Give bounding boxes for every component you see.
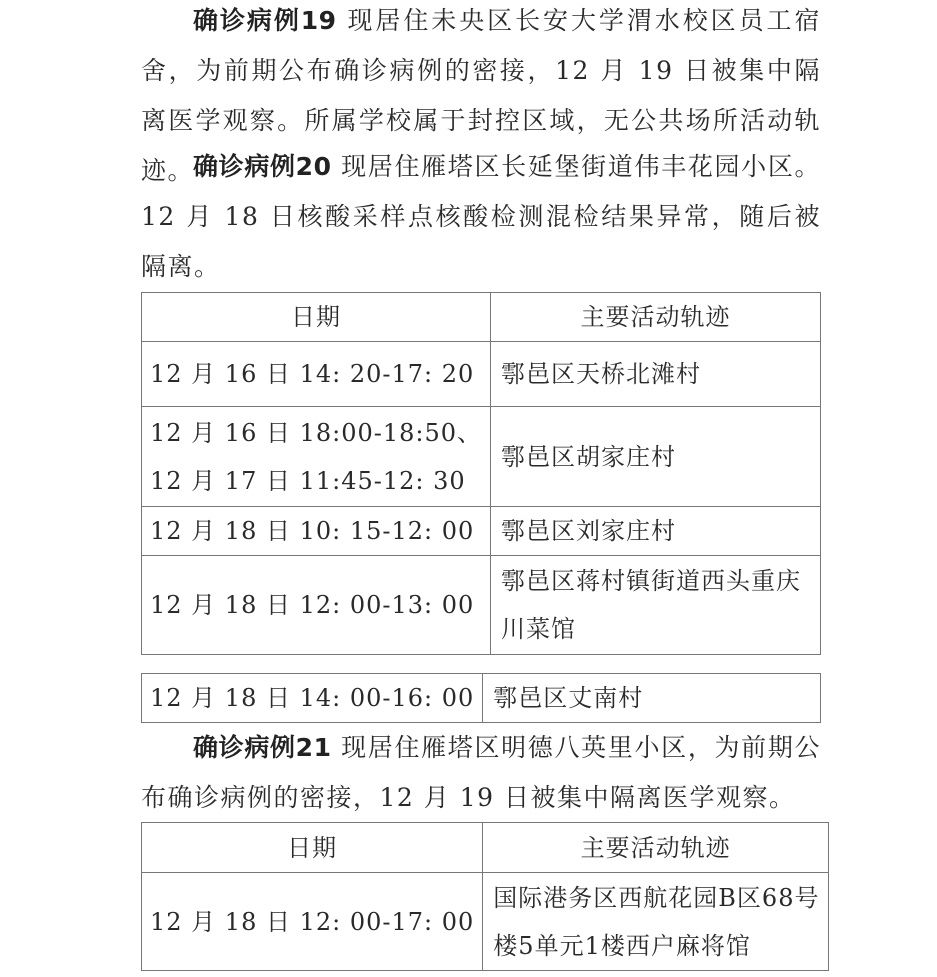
case-20-lead: 确诊病例20 — [193, 152, 331, 181]
row-place: 鄠邑区蒋村镇街道西头重庆川菜馆 — [491, 556, 821, 655]
table-row: 12 月 16 日 18:00-18:50、 12 月 17 日 11:45-1… — [142, 407, 821, 507]
row-date: 12 月 16 日 18:00-18:50、 12 月 17 日 11:45-1… — [142, 407, 491, 507]
row-date-line-1: 12 月 16 日 18:00-18:50、 — [150, 409, 482, 457]
case-20-track-table: 日期 主要活动轨迹 12 月 16 日 14: 20-17: 20 鄠邑区天桥北… — [141, 292, 821, 655]
row-date: 12 月 18 日 12: 00-17: 00 — [142, 873, 483, 971]
table-row: 12 月 18 日 12: 00-13: 00 鄠邑区蒋村镇街道西头重庆川菜馆 — [142, 556, 821, 655]
case-20-paragraph: 确诊病例20 现居住雁塔区长延堡街道伟丰花园小区。12 月 18 日核酸采样点核… — [141, 142, 821, 292]
table-header-row: 日期 主要活动轨迹 — [142, 823, 829, 873]
case-19-lead: 确诊病例19 — [193, 6, 337, 35]
row-place: 鄠邑区天桥北滩村 — [491, 342, 821, 407]
row-date: 12 月 18 日 14: 00-16: 00 — [142, 674, 483, 723]
header-date: 日期 — [142, 823, 483, 873]
table-row: 12 月 16 日 14: 20-17: 20 鄠邑区天桥北滩村 — [142, 342, 821, 407]
case-21-paragraph: 确诊病例21 现居住雁塔区明德八英里小区，为前期公布确诊病例的密接，12 月 1… — [141, 723, 821, 823]
header-track: 主要活动轨迹 — [483, 823, 829, 873]
table-row: 12 月 18 日 14: 00-16: 00 鄠邑区丈南村 — [142, 674, 821, 723]
case-21-track-table: 日期 主要活动轨迹 12 月 18 日 12: 00-17: 00 国际港务区西… — [141, 822, 829, 971]
row-place: 鄠邑区刘家庄村 — [491, 507, 821, 556]
case-21-lead: 确诊病例21 — [193, 733, 331, 762]
row-date-line-2: 12 月 17 日 11:45-12: 30 — [150, 457, 482, 505]
header-track: 主要活动轨迹 — [491, 293, 821, 342]
row-date: 12 月 18 日 12: 00-13: 00 — [142, 556, 491, 655]
table-row: 12 月 18 日 12: 00-17: 00 国际港务区西航花园B区68号楼5… — [142, 873, 829, 971]
header-date: 日期 — [142, 293, 491, 342]
case-20-track-table-continued: 12 月 18 日 14: 00-16: 00 鄠邑区丈南村 — [141, 673, 821, 723]
table-row: 12 月 18 日 10: 15-12: 00 鄠邑区刘家庄村 — [142, 507, 821, 556]
row-place: 鄠邑区丈南村 — [483, 674, 821, 723]
table-header-row: 日期 主要活动轨迹 — [142, 293, 821, 342]
row-date: 12 月 18 日 10: 15-12: 00 — [142, 507, 491, 556]
row-place: 国际港务区西航花园B区68号楼5单元1楼西户麻将馆 — [483, 873, 829, 971]
row-date: 12 月 16 日 14: 20-17: 20 — [142, 342, 491, 407]
row-place: 鄠邑区胡家庄村 — [491, 407, 821, 507]
